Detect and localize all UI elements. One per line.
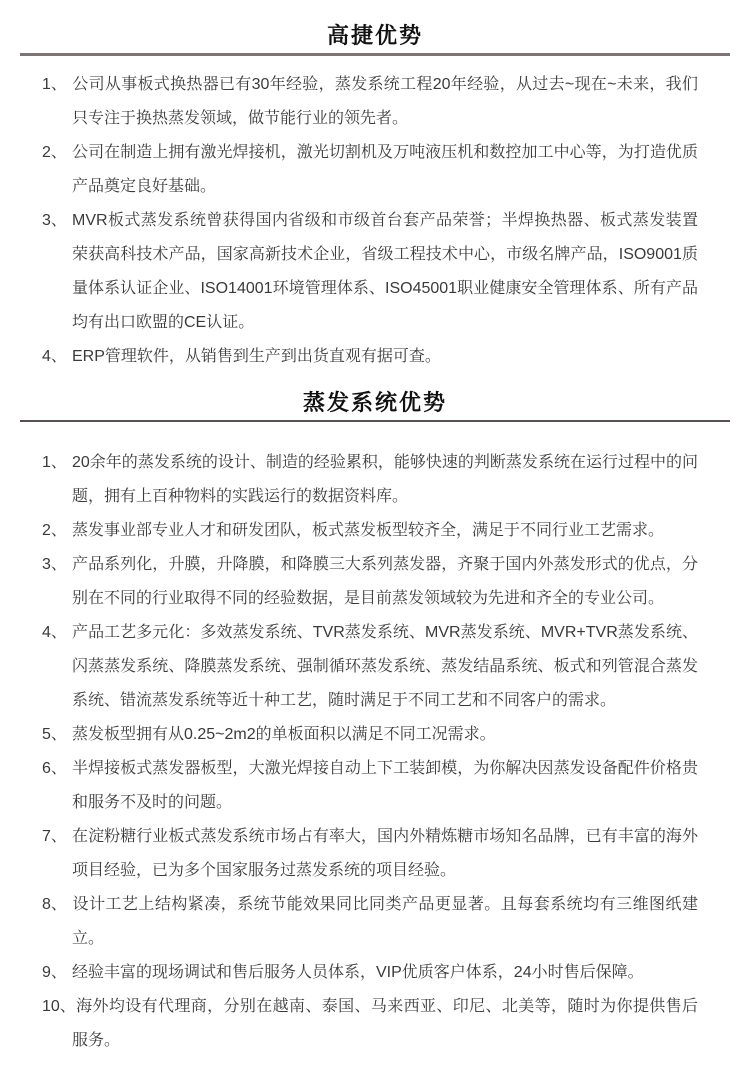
item-text: 产品系列化，升膜，升降膜，和降膜三大系列蒸发器，齐聚于国内外蒸发形式的优点，分别… bbox=[72, 556, 698, 607]
list-item: 6、半焊接板式蒸发器板型，大激光焊接自动上下工装卸模，为你解决因蒸发设备配件价格… bbox=[42, 752, 698, 820]
item-number: 4、 bbox=[42, 616, 72, 650]
item-number: 3、 bbox=[42, 548, 72, 582]
advantage-list: 1、20余年的蒸发系统的设计、制造的经验累积，能够快速的判断蒸发系统在运行过程中… bbox=[42, 446, 698, 1058]
item-number: 2、 bbox=[42, 514, 72, 548]
list-item: 4、产品工艺多元化：多效蒸发系统、TVR蒸发系统、MVR蒸发系统、MVR+TVR… bbox=[42, 616, 698, 718]
item-text: 在淀粉糖行业板式蒸发系统市场占有率大，国内外精炼糖市场知名品牌，已有丰富的海外项… bbox=[72, 828, 698, 879]
list-item: 3、MVR板式蒸发系统曾获得国内省级和市级首台套产品荣誉；半焊换热器、板式蒸发装… bbox=[42, 204, 698, 340]
item-number: 3、 bbox=[42, 204, 72, 238]
list-item: 3、产品系列化，升膜，升降膜，和降膜三大系列蒸发器，齐聚于国内外蒸发形式的优点，… bbox=[42, 548, 698, 616]
list-item: 1、20余年的蒸发系统的设计、制造的经验累积，能够快速的判断蒸发系统在运行过程中… bbox=[42, 446, 698, 514]
item-number: 5、 bbox=[42, 718, 72, 752]
list-item: 2、蒸发事业部专业人才和研发团队，板式蒸发板型较齐全，满足于不同行业工艺需求。 bbox=[42, 514, 698, 548]
advantage-list: 1、公司从事板式换热器已有30年经验，蒸发系统工程20年经验，从过去~现在~未来… bbox=[42, 68, 698, 374]
item-text: 产品工艺多元化：多效蒸发系统、TVR蒸发系统、MVR蒸发系统、MVR+TVR蒸发… bbox=[72, 624, 698, 709]
list-item: 5、蒸发板型拥有从0.25~2m2的单板面积以满足不同工况需求。 bbox=[42, 718, 698, 752]
item-text: 蒸发事业部专业人才和研发团队，板式蒸发板型较齐全，满足于不同行业工艺需求。 bbox=[72, 522, 664, 539]
item-text: 设计工艺上结构紧凑，系统节能效果同比同类产品更显著。且每套系统均有三维图纸建立。 bbox=[72, 896, 698, 947]
item-number: 1、 bbox=[42, 68, 72, 102]
item-number: 4、 bbox=[42, 340, 72, 374]
item-number: 6、 bbox=[42, 752, 72, 786]
title-divider bbox=[20, 53, 730, 56]
list-item: 9、经验丰富的现场调试和售后服务人员体系，VIP优质客户体系，24小时售后保障。 bbox=[42, 956, 698, 990]
title-divider bbox=[20, 420, 730, 422]
item-text: 经验丰富的现场调试和售后服务人员体系，VIP优质客户体系，24小时售后保障。 bbox=[72, 964, 644, 981]
item-text: ERP管理软件，从销售到生产到出货直观有据可查。 bbox=[72, 348, 441, 365]
section-evaporation-advantages: 蒸发系统优势 1、20余年的蒸发系统的设计、制造的经验累积，能够快速的判断蒸发系… bbox=[0, 390, 750, 1058]
item-number: 2、 bbox=[42, 136, 72, 170]
item-text: MVR板式蒸发系统曾获得国内省级和市级首台套产品荣誉；半焊换热器、板式蒸发装置荣… bbox=[72, 212, 698, 331]
section-gaojie-advantages: 高捷优势 1、公司从事板式换热器已有30年经验，蒸发系统工程20年经验，从过去~… bbox=[0, 23, 750, 374]
item-text: 公司从事板式换热器已有30年经验，蒸发系统工程20年经验，从过去~现在~未来，我… bbox=[72, 76, 698, 127]
item-text: 半焊接板式蒸发器板型，大激光焊接自动上下工装卸模，为你解决因蒸发设备配件价格贵和… bbox=[72, 760, 698, 811]
page-title: 高捷优势 bbox=[0, 23, 750, 49]
list-item: 8、设计工艺上结构紧凑，系统节能效果同比同类产品更显著。且每套系统均有三维图纸建… bbox=[42, 888, 698, 956]
item-text: 公司在制造上拥有激光焊接机，激光切割机及万吨液压机和数控加工中心等，为打造优质产… bbox=[72, 144, 698, 195]
item-number: 7、 bbox=[42, 820, 72, 854]
list-item: 1、公司从事板式换热器已有30年经验，蒸发系统工程20年经验，从过去~现在~未来… bbox=[42, 68, 698, 136]
list-item: 10、海外均设有代理商，分别在越南、泰国、马来西亚、印尼、北美等，随时为你提供售… bbox=[42, 990, 698, 1058]
list-item: 4、ERP管理软件，从销售到生产到出货直观有据可查。 bbox=[42, 340, 698, 374]
item-text: 20余年的蒸发系统的设计、制造的经验累积，能够快速的判断蒸发系统在运行过程中的问… bbox=[72, 454, 698, 505]
item-number: 10、 bbox=[42, 990, 76, 1024]
item-number: 9、 bbox=[42, 956, 72, 990]
item-text: 蒸发板型拥有从0.25~2m2的单板面积以满足不同工况需求。 bbox=[72, 726, 496, 743]
item-text: 海外均设有代理商，分别在越南、泰国、马来西亚、印尼、北美等，随时为你提供售后服务… bbox=[72, 998, 698, 1049]
item-number: 1、 bbox=[42, 446, 72, 480]
document-page: 高捷优势 1、公司从事板式换热器已有30年经验，蒸发系统工程20年经验，从过去~… bbox=[0, 23, 750, 1058]
item-number: 8、 bbox=[42, 888, 72, 922]
list-item: 2、公司在制造上拥有激光焊接机，激光切割机及万吨液压机和数控加工中心等，为打造优… bbox=[42, 136, 698, 204]
list-item: 7、在淀粉糖行业板式蒸发系统市场占有率大，国内外精炼糖市场知名品牌，已有丰富的海… bbox=[42, 820, 698, 888]
section-title: 蒸发系统优势 bbox=[0, 390, 750, 416]
